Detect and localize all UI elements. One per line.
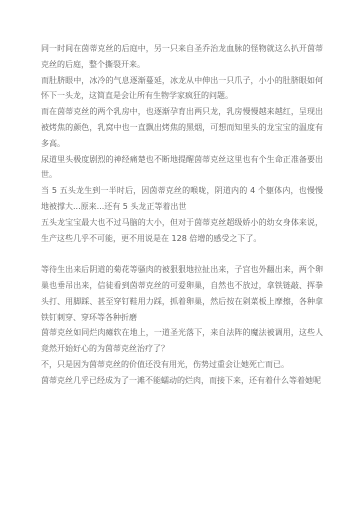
paragraph: 不，只是因为茵蒂克丝的价值还没有用光，伤势过重会让她死亡而已。 <box>41 357 323 373</box>
paragraph: 尿道里头极度剧烈的神经痛楚也不断地提醒茵蒂克丝这里也有个生命正准备要出世。 <box>41 152 323 184</box>
paragraph: 而在茵蒂克丝的两个乳房中，也逐渐孕育出两只龙，乳房慢慢越来越红，呈现出被烤焦的颜… <box>41 104 323 151</box>
paragraph: 而肚脐眼中，冰冷的气息逐渐蔓延，冰龙从中伸出一只爪子，小小的肚脐眼如何怀下一头龙… <box>41 73 323 105</box>
paragraph: 同一时间在茵蒂克丝的后庭中，另一只来自圣乔治龙血脉的怪物就这么扒开茵蒂克丝的后庭… <box>41 41 323 73</box>
paragraph: 当 5 五头龙生到一半时后，因茵蒂克丝的喉咙，阴道内的 4 个躯体内，也慢慢地被… <box>41 183 323 215</box>
paragraph: 等待生出来后阴道的菊花等骚肉的被狠狠地拉扯出来，子宫也外翻出来，两个卵巢也垂吊出… <box>41 262 323 325</box>
paragraph: 茵蒂克丝几乎已经成为了一滩不能蠕动的烂肉，而接下来，还有着什么等着她呢 <box>41 373 323 389</box>
reader-page: 同一时间在茵蒂克丝的后庭中，另一只来自圣乔治龙血脉的怪物就这么扒开茵蒂克丝的后庭… <box>0 0 360 509</box>
paragraph: 茵蒂克丝如同烂肉瘫软在地上，一道圣光落下，来自法阵的魔法被调用，这些人竟然开始好… <box>41 325 323 357</box>
novel-text-block: 同一时间在茵蒂克丝的后庭中，另一只来自圣乔治龙血脉的怪物就这么扒开茵蒂克丝的后庭… <box>41 41 323 389</box>
paragraph: 五头龙宝宝最大也不过马脑的大小，但对于茵蒂克丝超级娇小的幼女身体来说，生产这些几… <box>41 215 323 247</box>
